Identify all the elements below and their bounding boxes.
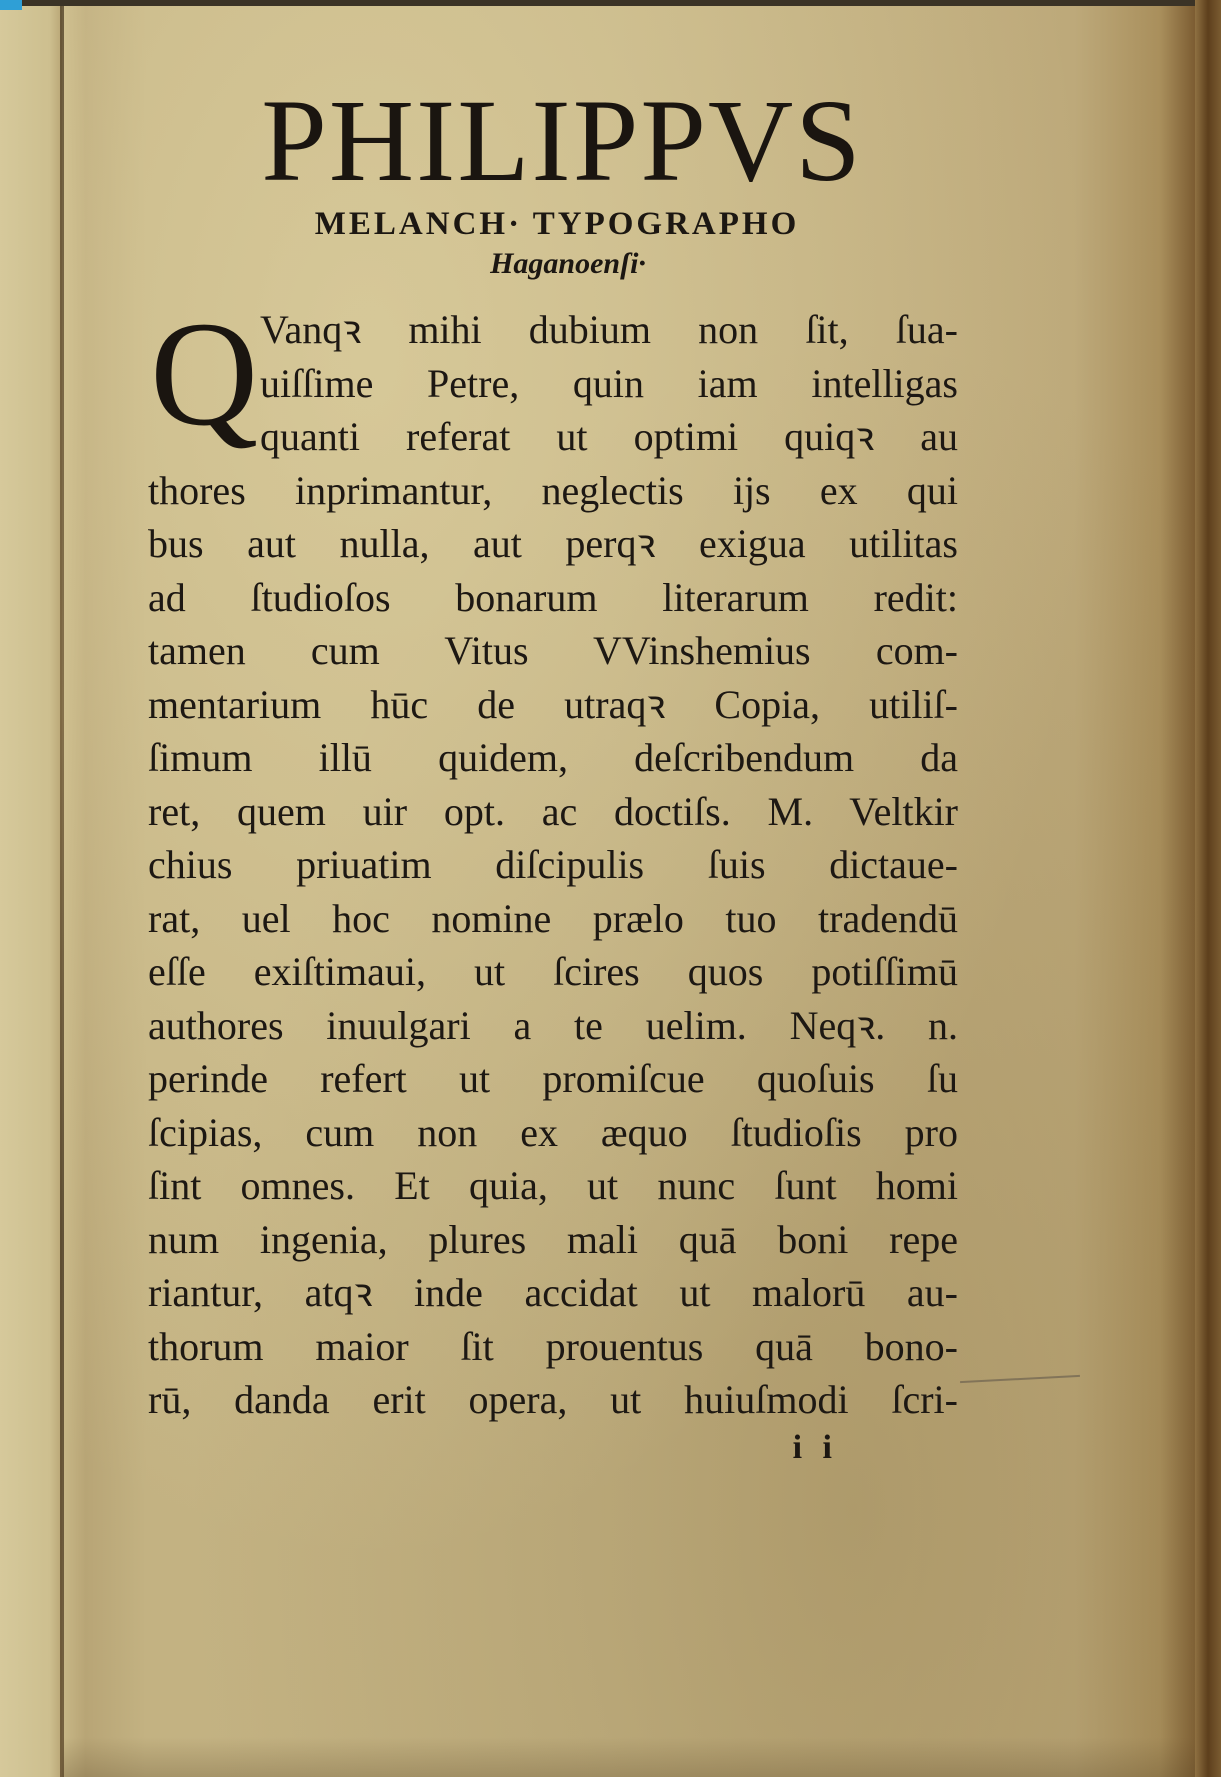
text-line: thorum maior ſit prouentus quā bono‐ [148, 1320, 958, 1374]
text-line: uiſſime Petre, quin iam intelligas [148, 357, 958, 411]
text-line: ſint omnes. Et quia, ut nunc ſunt homi [148, 1159, 958, 1213]
page-title: PHILIPPVS [148, 82, 958, 200]
text-line: num ingenia, plures mali quā boni repe [148, 1213, 958, 1267]
page-subtitle-place: Haganoenſi· [148, 247, 958, 281]
text-line: mentarium hūc de utraqꝛ Copia, utiliſ‐ [148, 678, 958, 732]
text-line: rū, danda erit opera, ut huiuſmodi ſcri‐ [148, 1373, 958, 1427]
text-line: bus aut nulla, aut perqꝛ exigua utilitas [148, 517, 958, 571]
book-gutter [60, 0, 64, 1777]
facing-page-edge [0, 0, 62, 1777]
text-line: Vanqꝛ mihi dubium non ſit, ſua‐ [148, 303, 958, 357]
text-line: ret, quem uir opt. ac doctiſs. M. Veltki… [148, 785, 958, 839]
text-line: chius priuatim diſcipulis ſuis dictaue‐ [148, 838, 958, 892]
book-fore-edge [1195, 0, 1221, 1777]
text-line: thores inprimantur, neglectis ĳs ex qui [148, 464, 958, 518]
top-edge [22, 0, 1221, 6]
text-line: quanti referat ut optimi quiqꝛ au [148, 410, 958, 464]
signature-mark: i i [148, 1429, 958, 1467]
blue-tab-marker [0, 0, 22, 10]
text-line: eſſe exiſtimaui, ut ſcires quos potiſſim… [148, 945, 958, 999]
letter-body: Q Vanqꝛ mihi dubium non ſit, ſua‐ uiſſim… [148, 303, 958, 1467]
text-line: authores inuulgari a te uelim. Neqꝛ. n. [148, 999, 958, 1053]
drop-cap-initial: Q [150, 299, 258, 449]
text-line: ad ſtudioſos bonarum literarum redit: [148, 571, 958, 625]
text-line: rat, uel hoc nomine prælo tuo tradendū [148, 892, 958, 946]
text-line: tamen cum Vitus VVinshemius com‐ [148, 624, 958, 678]
text-line: ſimum illū quidem, deſcribendum da [148, 731, 958, 785]
text-line: riantur, atqꝛ inde accidat ut malorū au‐ [148, 1266, 958, 1320]
text-line: ſcipias, cum non ex æquo ſtudioſis pro [148, 1106, 958, 1160]
page-subtitle: MELANCH· TYPOGRAPHO [148, 206, 958, 243]
bottom-shadow [62, 1737, 1195, 1777]
text-line: perinde refert ut promiſcue quoſuis ſu [148, 1052, 958, 1106]
printed-text-block: PHILIPPVS MELANCH· TYPOGRAPHO Haganoenſi… [148, 82, 958, 1467]
